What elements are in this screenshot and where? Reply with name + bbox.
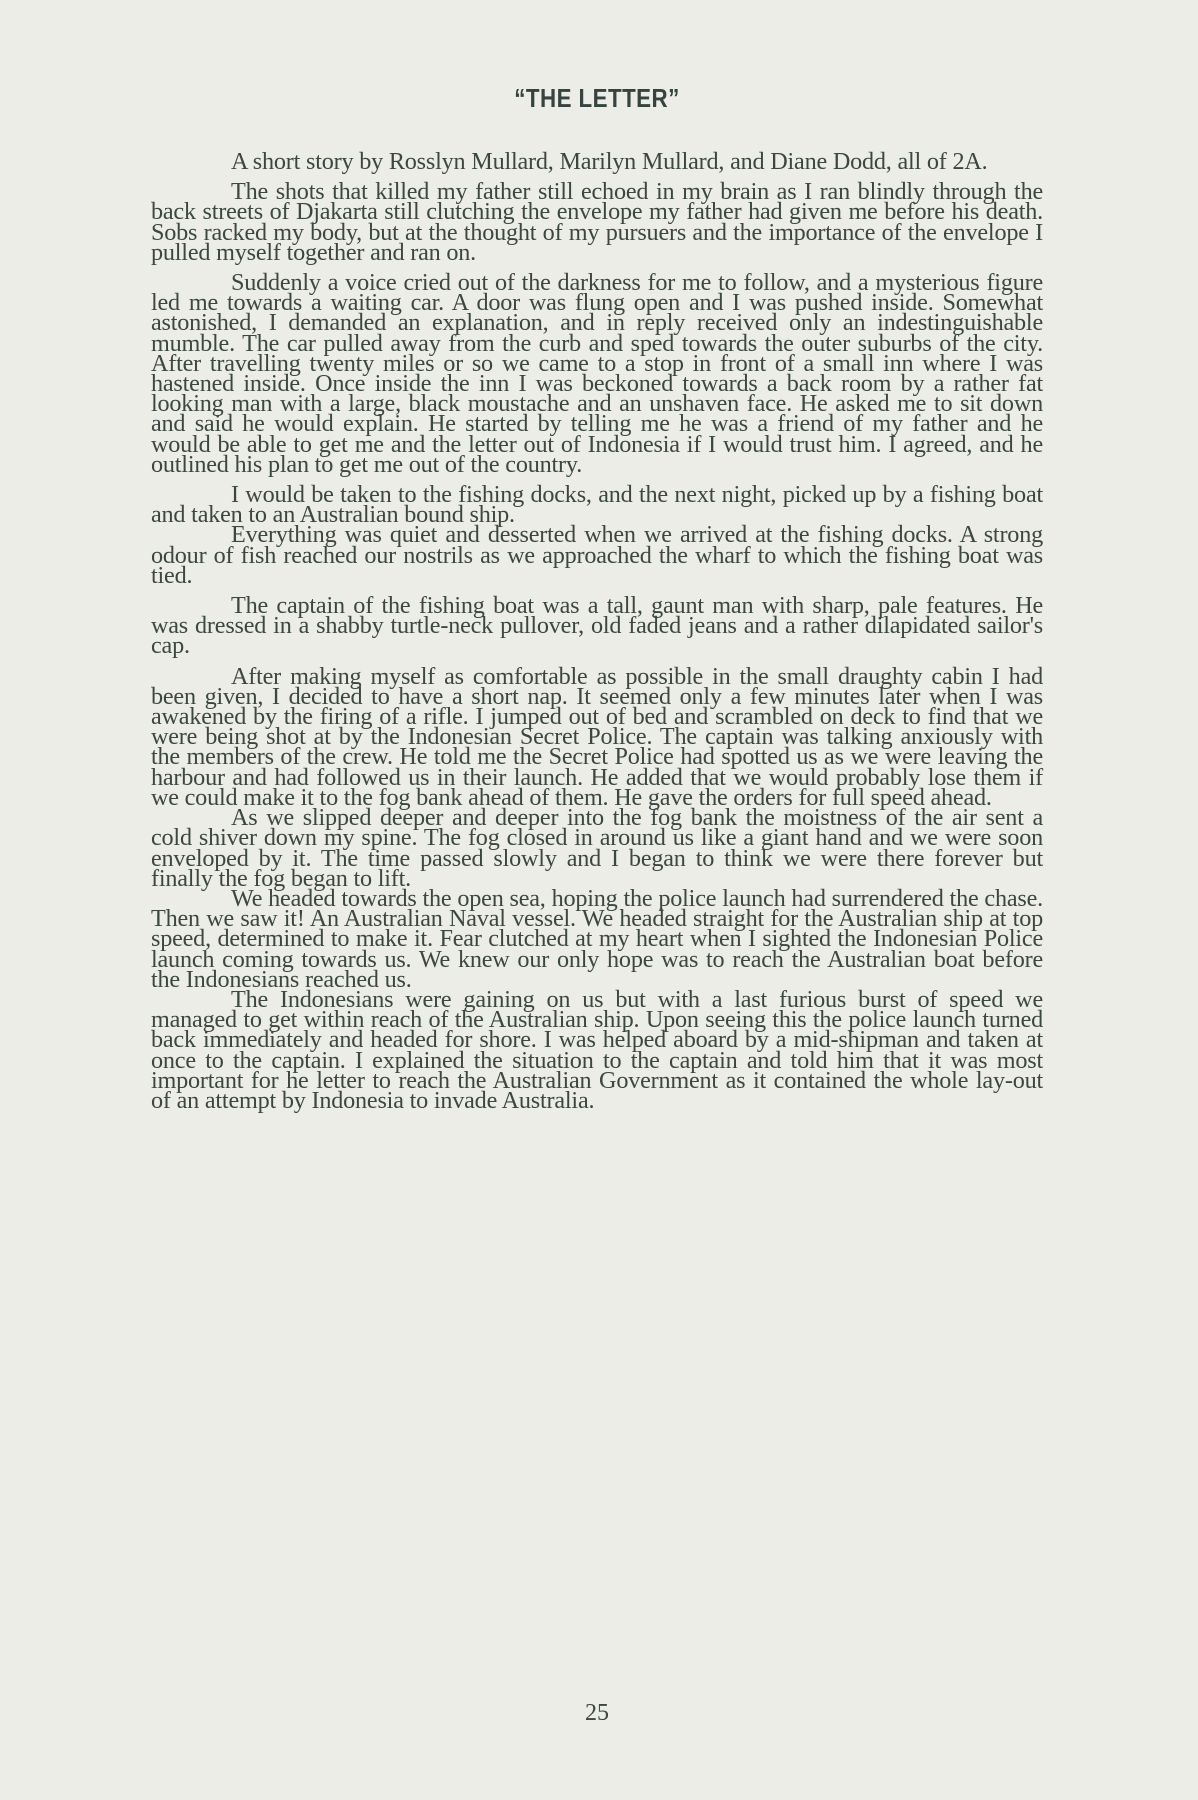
- story-paragraph: As we slipped deeper and deeper into the…: [151, 808, 1043, 889]
- story-paragraph: I would be taken to the fishing docks, a…: [151, 485, 1043, 525]
- story-paragraph: The Indonesians were gaining on us but w…: [151, 990, 1043, 1111]
- page-number: 25: [151, 1700, 1043, 1727]
- story-paragraph: After making myself as comfortable as po…: [151, 667, 1043, 808]
- story-paragraph: We headed towards the open sea, hoping t…: [151, 889, 1043, 990]
- story-paragraph: The shots that killed my father still ec…: [151, 182, 1043, 263]
- story-paragraph: Suddenly a voice cried out of the darkne…: [151, 273, 1043, 475]
- byline-paragraph: A short story by Rosslyn Mullard, Marily…: [151, 152, 1043, 172]
- story-title: “THE LETTER”: [213, 83, 980, 114]
- story-paragraph: Everything was quiet and desserted when …: [151, 525, 1043, 586]
- story-paragraph: The captain of the fishing boat was a ta…: [151, 596, 1043, 657]
- story-body: A short story by Rosslyn Mullard, Marily…: [151, 152, 1043, 1111]
